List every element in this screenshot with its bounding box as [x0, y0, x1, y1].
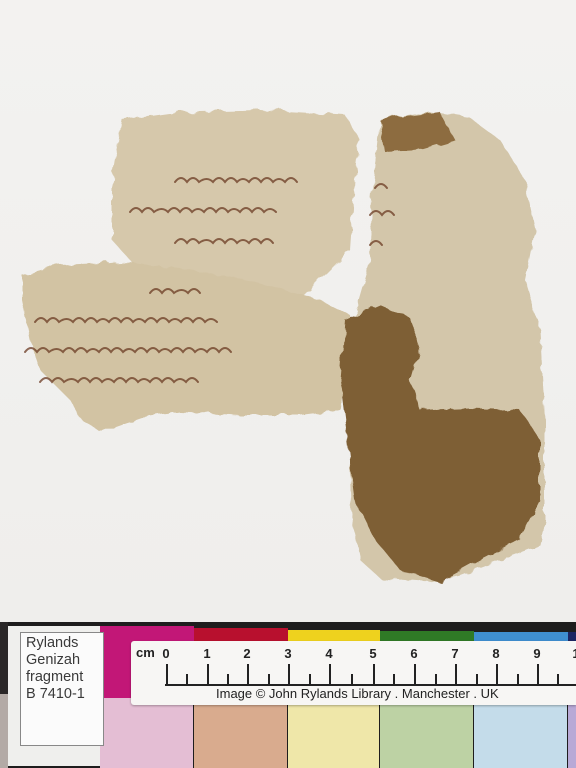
- swatch-bottom-pink: [100, 698, 193, 768]
- ruler-tick-label: 9: [533, 646, 540, 661]
- ruler-minor-tick: [309, 674, 311, 685]
- ruler-major-tick: [496, 664, 498, 685]
- swatch-bottom-lavender: [568, 698, 576, 768]
- copyright-credit: Image © John Rylands Library . Mancheste…: [216, 686, 499, 701]
- label-card: Rylands Genizah fragment B 7410-1: [8, 626, 100, 766]
- ruler-minor-tick: [476, 674, 478, 685]
- swatch-bottom-lightblue: [474, 698, 567, 768]
- swatch-bottom-peach: [194, 698, 287, 768]
- ruler-major-tick: [329, 664, 331, 685]
- ruler-major-tick: [166, 664, 168, 685]
- ruler-minor-tick: [393, 674, 395, 685]
- ruler-major-tick: [455, 664, 457, 685]
- ruler-tick-label: 3: [284, 646, 291, 661]
- swatch-bottom-cream: [288, 698, 379, 768]
- ruler-tick-label: 1: [572, 646, 576, 661]
- label-line: Genizah: [26, 652, 103, 669]
- ruler-tick-label: 5: [369, 646, 376, 661]
- ruler-major-tick: [288, 664, 290, 685]
- ruler-minor-tick: [268, 674, 270, 685]
- ruler-major-tick: [207, 664, 209, 685]
- ruler-minor-tick: [435, 674, 437, 685]
- ruler-major-tick: [537, 664, 539, 685]
- strip-left-gray: [0, 694, 8, 768]
- ruler-major-tick: [414, 664, 416, 685]
- ruler-minor-tick: [557, 674, 559, 685]
- swatch-bottom-sage: [380, 698, 473, 768]
- ruler-tick-label: 0: [162, 646, 169, 661]
- label-line: fragment: [26, 669, 103, 686]
- label-line: B 7410-1: [26, 686, 103, 703]
- label-line: Rylands: [26, 635, 103, 652]
- ruler-minor-tick: [227, 674, 229, 685]
- ruler-minor-tick: [517, 674, 519, 685]
- ruler-tick-label: 6: [410, 646, 417, 661]
- label-card-text: Rylands Genizah fragment B 7410-1: [20, 632, 104, 746]
- centimeter-ruler: cm 0 1 2 3 4 5 6 7 8 9 1 Image © John Ry…: [131, 641, 576, 705]
- ruler-tick-label: 2: [243, 646, 250, 661]
- ruler-unit-label: cm: [136, 645, 155, 660]
- ruler-minor-tick: [186, 674, 188, 685]
- ruler-tick-label: 7: [451, 646, 458, 661]
- ruler-tick-label: 4: [325, 646, 332, 661]
- manuscript-fragment: [0, 0, 576, 625]
- ruler-minor-tick: [351, 674, 353, 685]
- ruler-tick-label: 1: [203, 646, 210, 661]
- ruler-major-tick: [373, 664, 375, 685]
- ruler-tick-label: 8: [492, 646, 499, 661]
- ruler-major-tick: [247, 664, 249, 685]
